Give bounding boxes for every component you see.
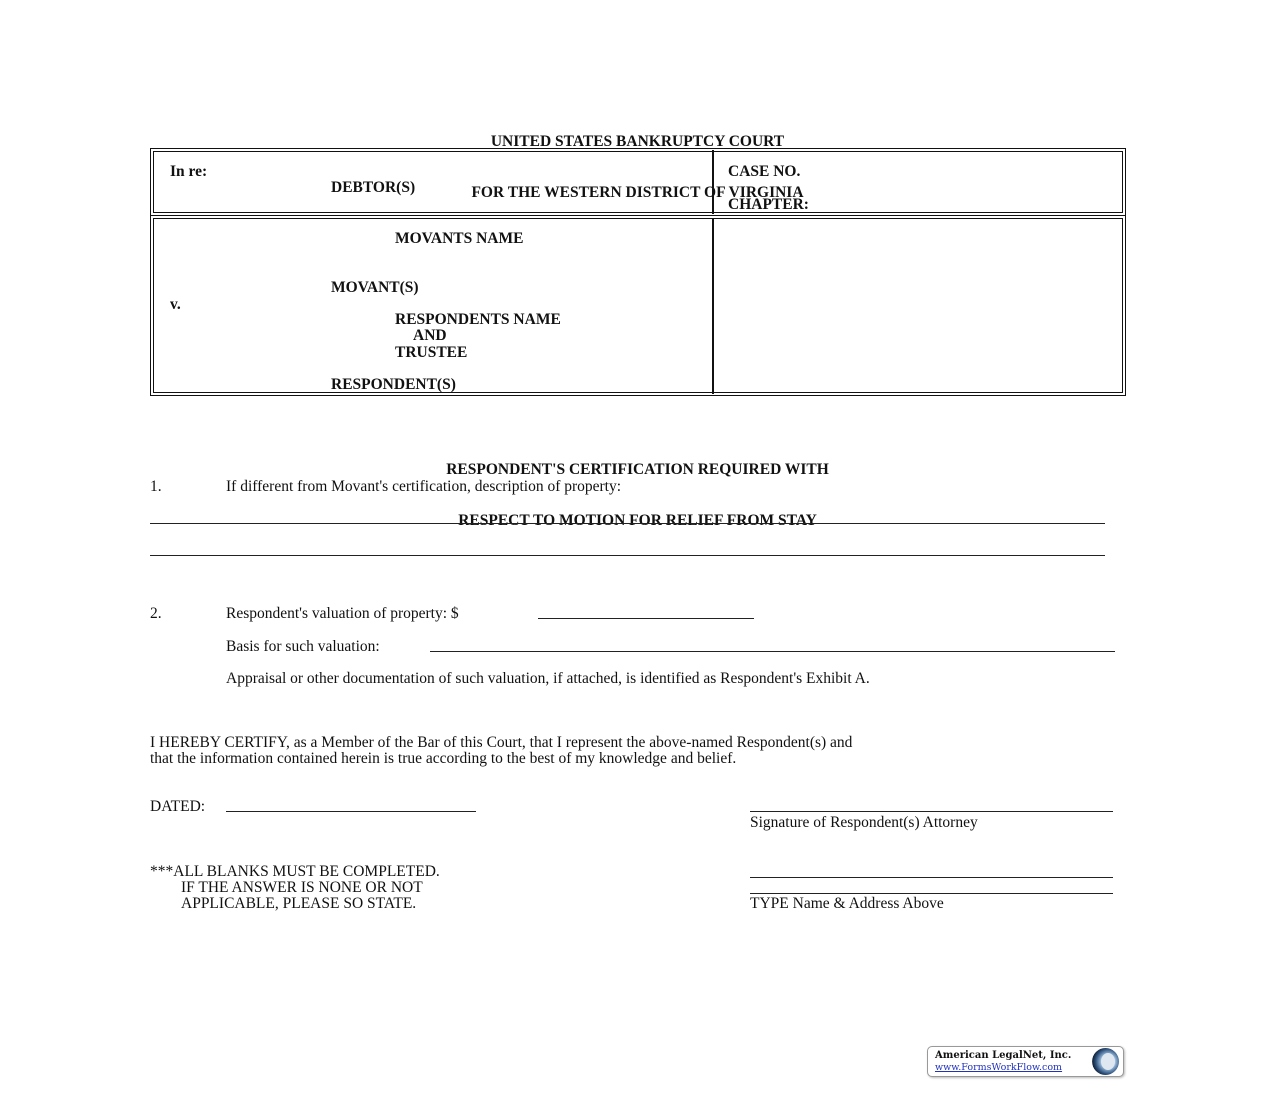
respondents-name-field[interactable]: RESPONDENTS NAME <box>395 311 561 328</box>
signature-caption: Signature of Respondent(s) Attorney <box>750 814 978 831</box>
chapter-field[interactable]: CHAPTER: <box>728 196 809 213</box>
address-line[interactable] <box>750 893 1113 894</box>
american-legalnet-logo[interactable]: American LegalNet, Inc. www.FormsWorkFlo… <box>927 1046 1124 1077</box>
basis-label: Basis for such valuation: <box>226 638 380 655</box>
movants-name-field[interactable]: MOVANTS NAME <box>395 230 523 247</box>
property-description-line-1[interactable] <box>150 523 1105 524</box>
caption-header-box <box>150 148 1126 216</box>
case-no-field[interactable]: CASE NO. <box>728 163 800 180</box>
certification-line-1: I HEREBY CERTIFY, as a Member of the Bar… <box>150 734 852 751</box>
item-1-number: 1. <box>150 478 162 495</box>
logo-company-name: American LegalNet, Inc. <box>935 1050 1071 1061</box>
basis-field[interactable] <box>430 651 1115 652</box>
logo-url-link[interactable]: www.FormsWorkFlow.com <box>935 1062 1062 1073</box>
notice-line-1: ***ALL BLANKS MUST BE COMPLETED. <box>150 863 440 880</box>
caption-parties-box <box>150 215 1126 396</box>
in-re-label: In re: <box>170 163 207 180</box>
dated-label: DATED: <box>150 798 205 815</box>
certification-line-2: that the information contained herein is… <box>150 750 736 767</box>
caption-divider <box>712 150 714 214</box>
versus-label: v. <box>170 296 181 313</box>
item-1-text: If different from Movant's certification… <box>226 478 621 495</box>
valuation-label: Respondent's valuation of property: $ <box>226 605 459 622</box>
globe-icon <box>1092 1048 1119 1075</box>
respondents-label: RESPONDENT(S) <box>331 376 456 393</box>
name-line[interactable] <box>750 877 1113 878</box>
dated-field[interactable] <box>226 811 476 812</box>
notice-line-3: APPLICABLE, PLEASE SO STATE. <box>181 895 416 912</box>
trustee-label: TRUSTEE <box>395 344 467 361</box>
form-title-line2: RESPECT TO MOTION FOR RELIEF FROM STAY <box>0 512 1275 529</box>
appraisal-note: Appraisal or other documentation of such… <box>226 670 870 687</box>
movants-label: MOVANT(S) <box>331 279 419 296</box>
form-title: RESPONDENT'S CERTIFICATION REQUIRED WITH… <box>0 427 1275 546</box>
caption-divider <box>712 218 714 394</box>
form-title-line1: RESPONDENT'S CERTIFICATION REQUIRED WITH <box>0 461 1275 478</box>
item-2-number: 2. <box>150 605 162 622</box>
signature-line[interactable] <box>750 811 1113 812</box>
property-description-line-2[interactable] <box>150 555 1105 556</box>
debtors-label: DEBTOR(S) <box>331 179 415 196</box>
valuation-field[interactable] <box>538 618 754 619</box>
and-label: AND <box>413 327 447 344</box>
type-name-caption: TYPE Name & Address Above <box>750 895 944 912</box>
notice-line-2: IF THE ANSWER IS NONE OR NOT <box>181 879 423 896</box>
